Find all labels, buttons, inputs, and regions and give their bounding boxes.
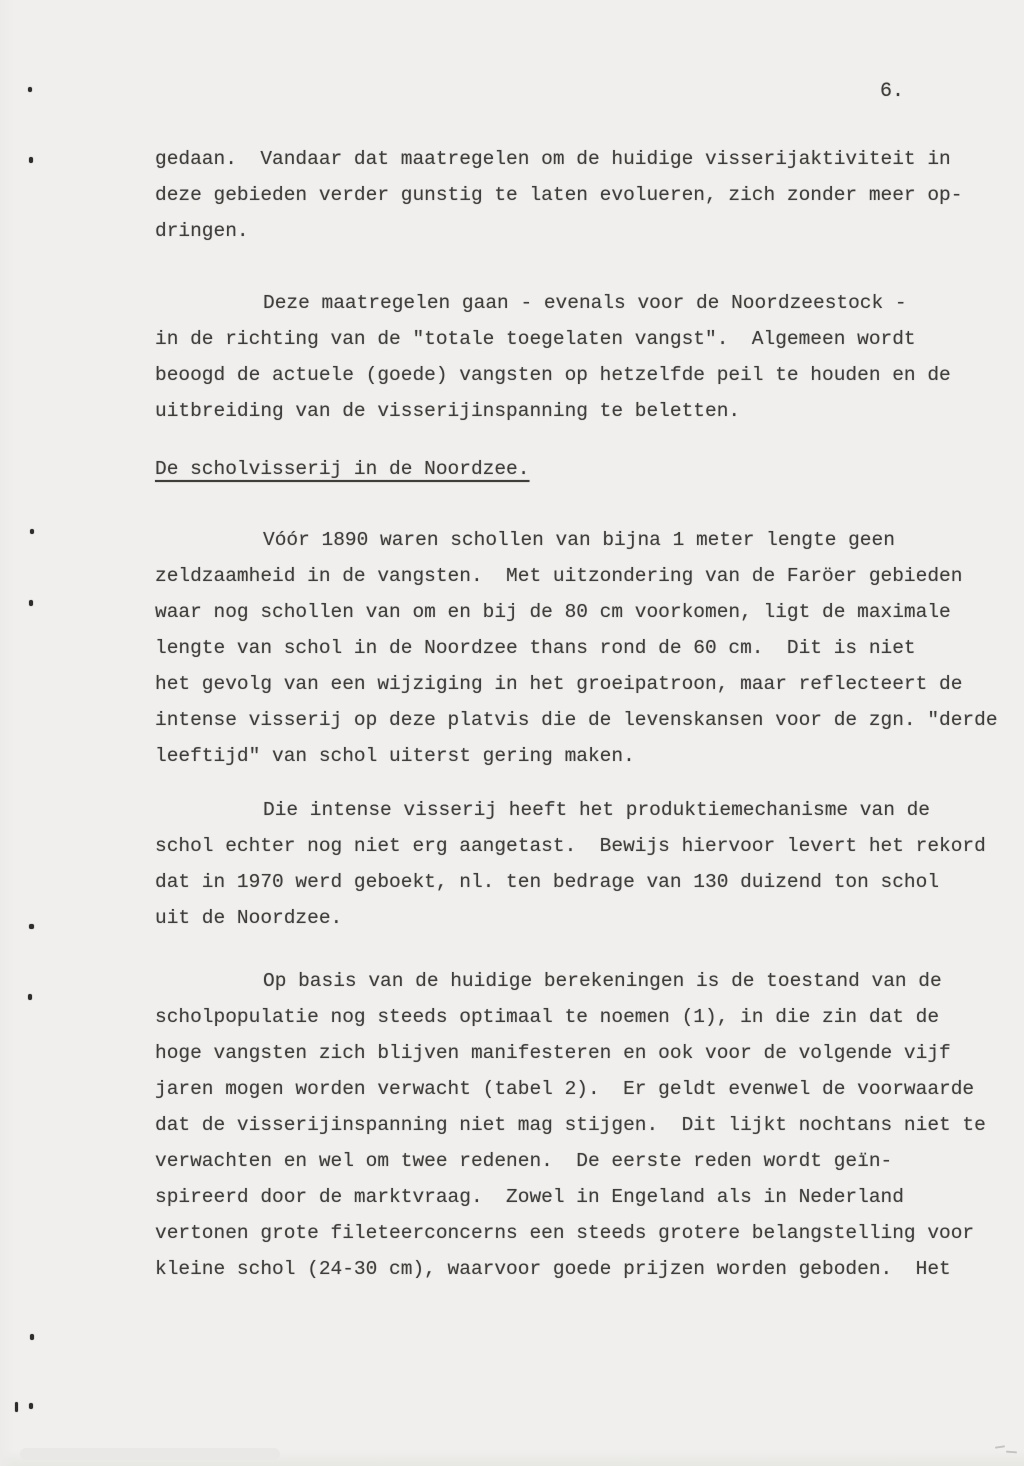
section-heading: De scholvisserij in de Noordzee. bbox=[155, 451, 529, 487]
paragraph-3: Vóór 1890 waren schollen van bijna 1 met… bbox=[155, 522, 1005, 774]
scan-speck bbox=[28, 994, 32, 1000]
paragraph-1: gedaan. Vandaar dat maatregelen om de hu… bbox=[155, 141, 1005, 249]
text-line: Vóór 1890 waren schollen van bijna 1 met… bbox=[155, 522, 1005, 558]
paragraph-5: Op basis van de huidige berekeningen is … bbox=[155, 963, 1005, 1287]
text-line: dat in 1970 werd geboekt, nl. ten bedrag… bbox=[155, 864, 1005, 900]
scanned-document-page: 6. gedaan. Vandaar dat maatregelen om de… bbox=[0, 0, 1024, 1466]
text-line: intense visserij op deze platvis die de … bbox=[155, 702, 1005, 738]
scan-speck bbox=[29, 1403, 33, 1409]
page-number: 6. bbox=[880, 80, 904, 103]
text-line: het gevolg van een wijziging in het groe… bbox=[155, 666, 1005, 702]
scan-speck bbox=[15, 1402, 18, 1412]
paragraph-2: Deze maatregelen gaan - evenals voor de … bbox=[155, 285, 1005, 429]
text-line: jaren mogen worden verwacht (tabel 2). E… bbox=[155, 1071, 1005, 1107]
text-line: hoge vangsten zich blijven manifesteren … bbox=[155, 1035, 1005, 1071]
scan-speck bbox=[30, 1334, 34, 1340]
text-line: schol echter nog niet erg aangetast. Bew… bbox=[155, 828, 1005, 864]
text-line: Deze maatregelen gaan - evenals voor de … bbox=[155, 285, 1005, 321]
text-line: dat de visserijinspanning niet mag stijg… bbox=[155, 1107, 1005, 1143]
text-line: scholpopulatie nog steeds optimaal te no… bbox=[155, 999, 1005, 1035]
pencil-mark bbox=[995, 1445, 1005, 1448]
scan-speck bbox=[29, 157, 33, 163]
text-line: zeldzaamheid in de vangsten. Met uitzond… bbox=[155, 558, 1005, 594]
scan-smudge bbox=[20, 1448, 280, 1460]
text-line: spireerd door de marktvraag. Zowel in En… bbox=[155, 1179, 1005, 1215]
text-line: Die intense visserij heeft het produktie… bbox=[155, 792, 1005, 828]
pencil-mark bbox=[1006, 1451, 1017, 1454]
text-line: verwachten en wel om twee redenen. De ee… bbox=[155, 1143, 1005, 1179]
text-line: waar nog schollen van om en bij de 80 cm… bbox=[155, 594, 1005, 630]
scan-speck bbox=[29, 924, 34, 929]
text-line: leeftijd" van schol uiterst gering maken… bbox=[155, 738, 1005, 774]
text-line: dringen. bbox=[155, 213, 1005, 249]
text-line: in de richting van de "totale toegelaten… bbox=[155, 321, 1005, 357]
scan-speck bbox=[30, 529, 34, 534]
text-line: beoogd de actuele (goede) vangsten op he… bbox=[155, 357, 1005, 393]
text-line: kleine schol (24-30 cm), waarvoor goede … bbox=[155, 1251, 1005, 1287]
text-line: vertonen grote fileteerconcerns een stee… bbox=[155, 1215, 1005, 1251]
paragraph-4: Die intense visserij heeft het produktie… bbox=[155, 792, 1005, 936]
text-line: deze gebieden verder gunstig te laten ev… bbox=[155, 177, 1005, 213]
text-line: Op basis van de huidige berekeningen is … bbox=[155, 963, 1005, 999]
text-line: uit de Noordzee. bbox=[155, 900, 1005, 936]
text-line: uitbreiding van de visserijinspanning te… bbox=[155, 393, 1005, 429]
scan-speck bbox=[29, 600, 33, 606]
text-line: gedaan. Vandaar dat maatregelen om de hu… bbox=[155, 141, 1005, 177]
scan-speck bbox=[28, 87, 32, 92]
text-line: lengte van schol in de Noordzee thans ro… bbox=[155, 630, 1005, 666]
